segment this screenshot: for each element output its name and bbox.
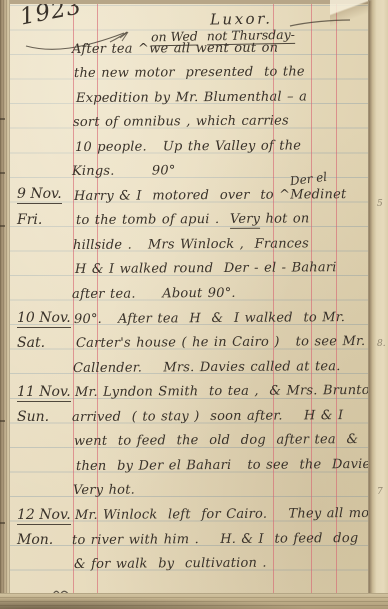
entry-date-label: 10 Nov. [17,310,71,327]
journal-line: Mr. Lyndon Smith to tea , & Mrs. Brunton [75,382,368,401]
journal-line: H & I walked round Der - el - Bahari [75,260,337,279]
page-edge-mark [0,420,5,422]
edge-mark: 5 [377,200,383,209]
journal-line: to river with him . H. & I to feed dog [72,530,358,549]
journal-line: after tea. About 90°. [72,285,236,303]
journal-page: 1923 Luxor. on Wednot Thursday- Der el 9… [10,4,368,595]
journal-line: Callender. Mrs. Davies called at tea. [73,358,341,377]
page-edge-mark [0,118,5,120]
entry-day-label: Fri. [17,212,42,229]
journal-line: 10 people. Up the Valley of the [75,137,301,156]
journal-line: the new motor presented to the [74,63,305,82]
journal-line: Mr. Winlock left for Cairo. They all mot… [75,505,368,524]
journal-line: & for walk by cultivation . [74,555,267,573]
journal-line: to the tomb of apui . Very hot on [76,211,310,230]
journal-line: Expedition by Mr. Blumenthal – a [76,88,307,107]
entry-day-label: Sat. [17,335,45,352]
journal-line: went to feed the old dog after tea & [74,431,358,450]
journal-line: hillside . Mrs Winlock , Frances [73,235,309,254]
journal-line: sort of omnibus , which carries [73,113,289,132]
edge-mark: 7 [377,488,383,497]
journal-line: Kings. 90° [72,163,176,181]
underlined-word: Very [230,212,260,229]
journal-line: Harry & I motored over to ^Medinet [74,186,347,205]
edge-mark: 8. [377,340,386,349]
entry-date-label: 12 Nov. [17,507,71,524]
entry-date-label: 9 Nov. [17,186,62,203]
journal-line: then by Der el Bahari to see the Daviese… [76,456,368,475]
page-stack-bottom-edge [0,593,388,609]
page-title: Luxor. [210,9,273,28]
entry-day-label: Mon. [17,532,53,549]
entry-day-label: Sun. [17,409,49,426]
journal-line: Carter's house ( he in Cairo ) to see Mr… [76,333,365,352]
page-stack-right-edge: 5 8. 7 [368,0,388,609]
page-edge-mark [0,172,5,174]
notebook-photo: 1923 Luxor. on Wednot Thursday- Der el 9… [0,0,388,609]
entry-date-label: 11 Nov. [17,384,71,401]
journal-line: arrived ( to stay ) soon after. H & I [72,407,343,426]
page-edge-mark [0,225,5,227]
journal-line: 90°. After tea H & I walked to Mr. [74,309,345,328]
page-stack-left-edge [0,0,10,609]
page-edge-mark [0,522,5,524]
journal-line: After tea ^we all went out on [72,39,278,57]
journal-line: Very hot. [73,482,135,499]
